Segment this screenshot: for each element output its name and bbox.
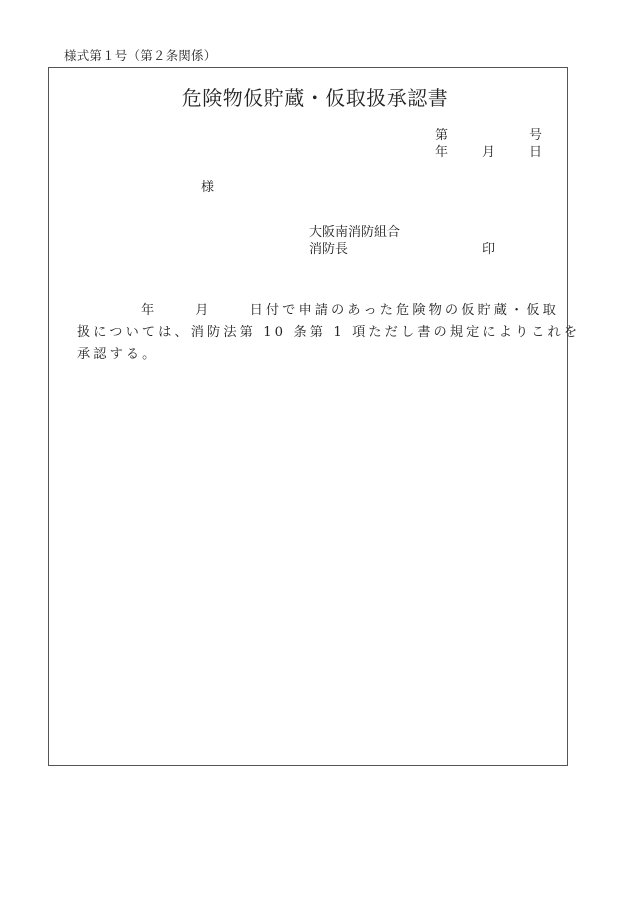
issuer-organization: 大阪南消防組合 xyxy=(309,224,400,241)
document-frame xyxy=(48,67,568,766)
issuer-title: 消防長 xyxy=(309,241,348,258)
statement-line-2: 扱については、消防法第 10 条第 1 項ただし書の規定によりこれを xyxy=(77,322,547,344)
seal-mark: 印 xyxy=(482,241,495,258)
statement-month: 月 xyxy=(195,303,211,318)
date-month-label: 月 xyxy=(482,144,495,161)
date-year-label: 年 xyxy=(435,144,448,161)
statement-year: 年 xyxy=(141,303,157,318)
number-suffix: 号 xyxy=(529,127,542,144)
approval-statement: 年月日付で申請のあった危険物の仮貯蔵・仮取 扱については、消防法第 10 条第 … xyxy=(77,300,547,366)
document-title: 危険物仮貯蔵・仮取扱承認書 xyxy=(0,85,630,111)
statement-line-1-rest: 日付で申請のあった危険物の仮貯蔵・仮取 xyxy=(250,303,559,318)
addressee-suffix: 様 xyxy=(201,179,214,196)
number-prefix: 第 xyxy=(435,127,448,144)
date-day-label: 日 xyxy=(529,144,542,161)
form-number-label: 様式第１号（第２条関係） xyxy=(64,48,216,64)
statement-line-1: 年月日付で申請のあった危険物の仮貯蔵・仮取 xyxy=(77,300,547,322)
statement-line-3: 承認する。 xyxy=(77,344,547,366)
